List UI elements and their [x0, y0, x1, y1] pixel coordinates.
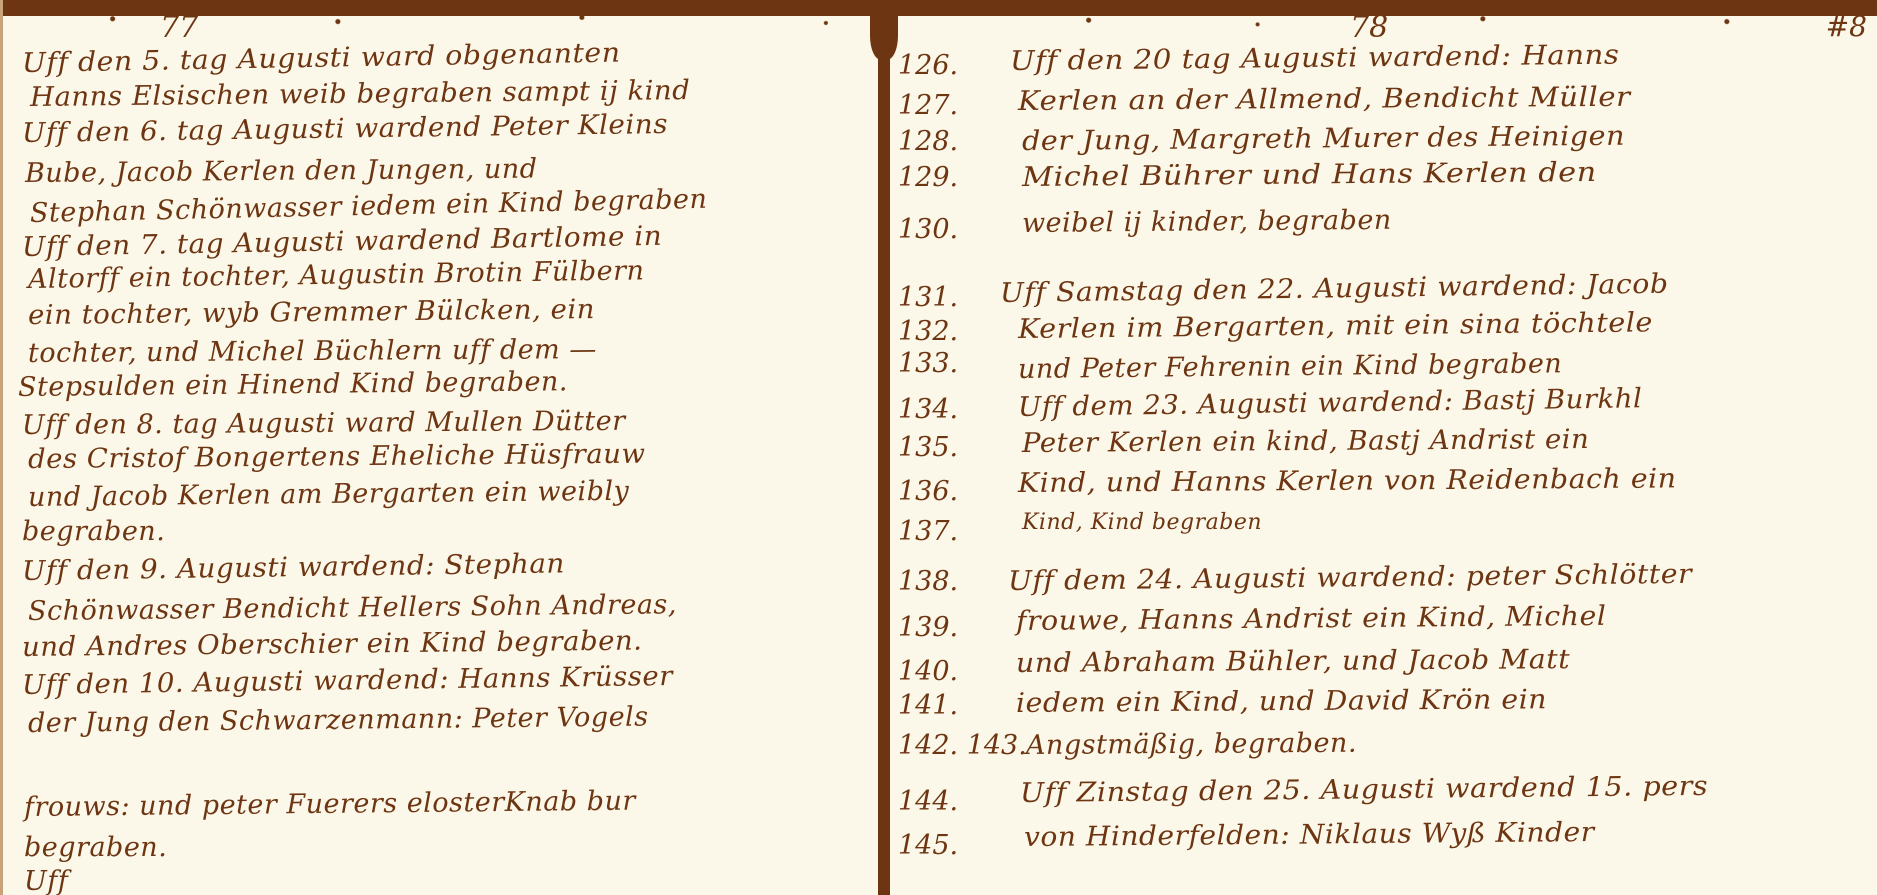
text-line: der Jung den Schwarzenmann: Peter Vogels	[28, 702, 649, 739]
book-gutter	[878, 0, 890, 895]
manuscript-spread: 77 Uff den 5. tag Augusti ward obgenante…	[0, 0, 1877, 895]
text-line: ein tochter, wyb Gremmer Bülcken, ein	[28, 294, 595, 331]
text-line: Schönwasser Bendicht Hellers Sohn Andrea…	[28, 589, 677, 627]
text-line: Uff den 8. tag Augusti ward Mullen Dütte…	[22, 406, 626, 441]
text-line: Kind, und Hanns Kerlen von Reidenbach ei…	[1018, 463, 1677, 499]
left-page: 77 Uff den 5. tag Augusti ward obgenante…	[0, 0, 878, 895]
text-line: iedem ein Kind, und David Krön ein	[1016, 684, 1547, 719]
right-page: 78 #8 126. 127. 128. 129. 130. 131. 132.…	[890, 0, 1877, 895]
left-page-text: Uff den 5. tag Augusti ward obgenanten H…	[0, 0, 878, 895]
text-line: von Hinderfelden: Niklaus Wyß Kinder	[1024, 817, 1595, 853]
text-line: Uff Zinstag den 25. Augusti wardend 15. …	[1020, 771, 1708, 809]
text-line: Bube, Jacob Kerlen den Jungen, und	[25, 154, 538, 189]
text-line: Michel Bührer und Hans Kerlen den	[1022, 157, 1597, 193]
text-line: Kerlen an der Allmend, Bendicht Müller	[1018, 82, 1631, 117]
text-line: Kind, Kind begraben	[1022, 510, 1262, 535]
text-line: und Peter Fehrenin ein Kind begraben	[1018, 348, 1563, 385]
text-line: frouws: und peter Fuerers elosterKnab bu…	[24, 786, 636, 823]
text-line: Hanns Elsischen weib begraben sampt ij k…	[30, 75, 691, 113]
text-line: des Cristof Bongertens Eheliche Hüsfrauw	[28, 439, 646, 475]
text-line: Peter Kerlen ein kind, Bastj Andrist ein	[1022, 424, 1590, 459]
text-line: begraben.	[24, 832, 167, 863]
text-line: Uff den 10. Augusti wardend: Hanns Krüss…	[22, 661, 673, 701]
text-line: und Jacob Kerlen am Bergarten ein weibly	[28, 476, 630, 513]
text-line: Stepsulden ein Hinend Kind begraben.	[18, 366, 568, 403]
text-line: Uff Samstag den 22. Augusti wardend: Jac…	[1000, 269, 1669, 309]
text-line: tochter, und Michel Büchlern uff dem —	[28, 334, 597, 369]
text-line: und Andres Oberschier ein Kind begraben.	[22, 626, 643, 663]
text-line: Uff den 9. Augusti wardend: Stephan	[22, 548, 565, 587]
text-line: Uff dem 24. Augusti wardend: peter Schlö…	[1008, 559, 1692, 597]
text-line: Altorff ein tochter, Augustin Brotin Fül…	[28, 255, 645, 295]
text-line: Uff den 5. tag Augusti ward obgenanten	[22, 38, 621, 79]
text-line: begraben.	[22, 516, 165, 547]
text-line: Uff den 6. tag Augusti wardend Peter Kle…	[22, 109, 668, 149]
text-line: weibel ij kinder, begraben	[1022, 205, 1392, 239]
right-page-text: Uff den 20 tag Augusti wardend: Hanns Ke…	[890, 0, 1877, 895]
text-line: Kerlen im Bergarten, mit ein sina töchte…	[1018, 307, 1653, 345]
text-line: Uff dem 23. Augusti wardend: Bastj Burkh…	[1018, 383, 1643, 423]
text-line: frouwe, Hanns Andrist ein Kind, Michel	[1016, 601, 1607, 637]
text-line: und Abraham Bühler, und Jacob Matt	[1016, 644, 1570, 679]
text-line: der Jung, Margreth Murer des Heinigen	[1022, 121, 1625, 157]
text-line: Uff den 20 tag Augusti wardend: Hanns	[1010, 40, 1620, 77]
text-line: Uff	[24, 866, 68, 895]
text-line: Angstmäßig, begraben.	[1026, 728, 1357, 761]
